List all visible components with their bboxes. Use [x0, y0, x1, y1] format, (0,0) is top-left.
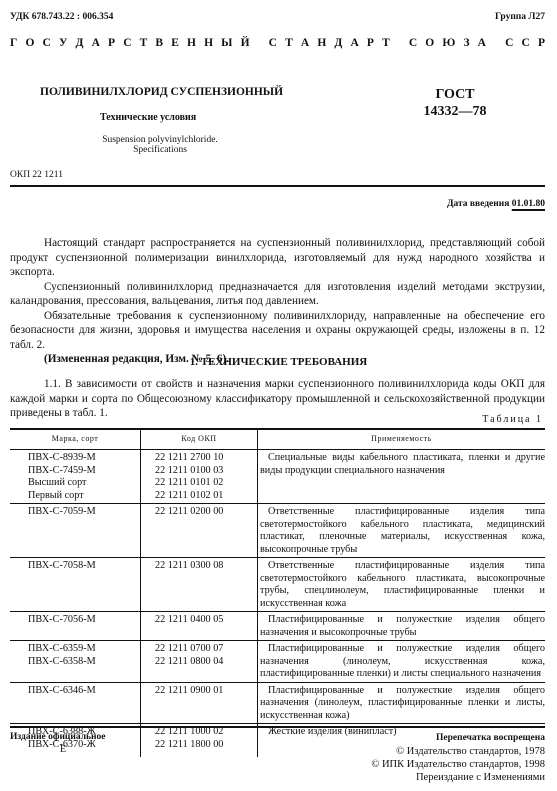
banner-letter: Й: [241, 37, 250, 49]
header-divider: [10, 185, 545, 187]
banner-letter: А: [301, 37, 309, 49]
grade-cell-line: ПВХ-С-7459-М: [28, 465, 140, 478]
grade-cell: ПВХ-С-7058-М: [10, 558, 141, 612]
banner-letter: Д: [76, 37, 84, 49]
banner-letter: Ы: [221, 37, 232, 49]
okp-code-cell-line: 22 1211 0900 01: [155, 685, 257, 698]
group-code: Группа Л27: [495, 12, 545, 22]
intro-paragraph: Настоящий стандарт распространяется на с…: [10, 236, 545, 280]
reissue-note: Переиздание с Изменениями: [371, 771, 545, 784]
banner-letter: А: [350, 37, 358, 49]
introduction-date-label: Дата введения: [447, 199, 509, 209]
section-paragraph: 1.1. В зависимости от свойств и назначен…: [10, 377, 545, 421]
table-caption: Таблица 1: [482, 414, 543, 425]
banner-letter: Т: [382, 37, 390, 49]
grade-cell: ПВХ-С-6346-М: [10, 682, 141, 724]
okp-code-cell-line: 22 1211 0400 05: [155, 614, 257, 627]
edition-mark: Е: [60, 744, 66, 755]
applicability-cell: Пластифицированные и полужесткие изделия…: [258, 682, 546, 724]
banner-letter: Н: [187, 37, 196, 49]
table-bottom-rule: [10, 726, 545, 728]
grade-cell-line: ПВХ-С-7058-М: [28, 560, 140, 573]
intro-paragraph: Обязательные требования к суспензионному…: [10, 309, 545, 353]
banner-letter: Г: [10, 37, 17, 49]
banner-letter: А: [92, 37, 100, 49]
grade-cell: ПВХ-С-7056-М: [10, 612, 141, 641]
intro-paragraph: Суспензионный поливинилхлорид предназнач…: [10, 280, 545, 309]
okp-code: ОКП 22 1211: [10, 170, 63, 180]
banner-letter: З: [463, 37, 469, 49]
grade-cell-line: Высший сорт: [28, 477, 140, 490]
copyright-1978: © Издательство стандартов, 1978: [371, 745, 545, 758]
introduction-date-value: 01.01.80: [512, 199, 545, 209]
applicability-cell: Пластифицированные и полужесткие изделия…: [258, 641, 546, 683]
banner-letter: Р: [367, 37, 374, 49]
okp-code-cell-line: 22 1211 0300 08: [155, 560, 257, 573]
table-row: ПВХ-С-7058-М22 1211 0300 08Ответственные…: [10, 558, 545, 612]
banner-letter: С: [269, 37, 277, 49]
banner-letter: Ю: [442, 37, 455, 49]
introduction-date: Дата введения 01.01.80: [447, 199, 545, 209]
banner-letter: Н: [317, 37, 326, 49]
banner-letter: С: [43, 37, 51, 49]
okp-code-cell-line: 22 1211 0101 02: [155, 477, 257, 490]
grade-cell: ПВХ-С-7059-М: [10, 504, 141, 558]
banner-letter: Т: [285, 37, 293, 49]
okp-code-cell-line: 22 1211 1800 00: [155, 739, 257, 752]
banner-letter: С: [123, 37, 131, 49]
gost-number: 14332—78: [405, 103, 505, 120]
banner-letter: С: [409, 37, 417, 49]
banner-letter: О: [425, 37, 434, 49]
banner-letter: [398, 37, 401, 49]
gost-label: ГОСТ: [405, 86, 505, 103]
applicability-cell: Специальные виды кабельного пластиката, …: [258, 450, 546, 504]
document-title: ПОЛИВИНИЛХЛОРИД СУСПЕНЗИОННЫЙ: [40, 86, 283, 98]
official-edition: Издание официальное: [10, 732, 106, 742]
udk-code: УДК 678.743.22 : 006.354: [10, 12, 113, 22]
table-row: ПВХ-С-7059-М22 1211 0200 00Ответственные…: [10, 504, 545, 558]
document-subtitle: Технические условия: [100, 112, 196, 123]
okp-code-cell: 22 1211 1000 0222 1211 1800 00: [141, 724, 258, 758]
okp-code-cell-line: 22 1211 0200 00: [155, 506, 257, 519]
grade-cell-line: ПВХ-С-7059-М: [28, 506, 140, 519]
banner-letter: [494, 37, 497, 49]
applicability-cell: Ответственные пластифицированные изделия…: [258, 504, 546, 558]
table-row: ПВХ-С-6346-М22 1211 0900 01Пластифициров…: [10, 682, 545, 724]
grade-cell: ПВХ-С-8939-МПВХ-С-7459-МВысший сортПервы…: [10, 450, 141, 504]
table-header-row: Марка, сорт Код ОКП Применяемость: [10, 429, 545, 450]
grade-cell-line: ПВХ-С-7056-М: [28, 614, 140, 627]
english-title-line1: Suspension polyvinylchloride.: [100, 135, 220, 145]
okp-code-cell: 22 1211 0200 00: [141, 504, 258, 558]
english-title-line2: Specifications: [100, 145, 220, 155]
banner-letter: [258, 37, 261, 49]
okp-code-cell-line: 22 1211 0700 07: [155, 643, 257, 656]
grade-cell-line: Первый сорт: [28, 490, 140, 503]
grade-cell: ПВХ-С-6359-МПВХ-С-6358-М: [10, 641, 141, 683]
banner-letter: Р: [108, 37, 115, 49]
publisher-info: Перепечатка воспрещена © Издательство ст…: [371, 732, 545, 784]
column-header-grade: Марка, сорт: [10, 429, 141, 450]
gost-number-block: ГОСТ 14332—78: [405, 86, 505, 120]
section-heading: 1. ТЕХНИЧЕСКИЕ ТРЕБОВАНИЯ: [0, 356, 557, 368]
banner-letter: Д: [334, 37, 342, 49]
banner-letter: О: [25, 37, 34, 49]
okp-code-cell: 22 1211 2700 1022 1211 0100 0322 1211 01…: [141, 450, 258, 504]
applicability-cell: Ответственные пластифицированные изделия…: [258, 558, 546, 612]
okp-code-cell-line: 22 1211 0800 04: [155, 656, 257, 669]
applicability-cell: Пластифицированные и полужесткие изделия…: [258, 612, 546, 641]
okp-code-cell-line: 22 1211 0102 01: [155, 490, 257, 503]
banner-letter: Т: [140, 37, 148, 49]
table-row: ПВХ-С-8939-МПВХ-С-7459-МВысший сортПервы…: [10, 450, 545, 504]
table-row: ПВХ-С-7056-М22 1211 0400 05Пластифициров…: [10, 612, 545, 641]
grade-cell-line: ПВХ-С-6358-М: [28, 656, 140, 669]
intro-text: Настоящий стандарт распространяется на с…: [10, 236, 545, 367]
banner-letter: Н: [204, 37, 213, 49]
copyright-1998: © ИПК Издательство стандартов, 1998: [371, 758, 545, 771]
banner-letter: С: [522, 37, 530, 49]
grade-cell-line: ПВХ-С-8939-М: [28, 452, 140, 465]
banner-letter: У: [59, 37, 67, 49]
column-header-okp-code: Код ОКП: [141, 429, 258, 450]
grade-cell-line: ПВХ-С-6359-М: [28, 643, 140, 656]
banner-letter: В: [155, 37, 163, 49]
table-row: ПВХ-С-6359-МПВХ-С-6358-М22 1211 0700 072…: [10, 641, 545, 683]
okp-codes-table: Марка, сорт Код ОКП Применяемость ПВХ-С-…: [10, 429, 545, 757]
state-standard-banner: ГОСУДАРСТВЕННЫЙ СТАНДАРТ СОЮЗА ССР: [10, 37, 545, 49]
okp-code-cell: 22 1211 0900 01: [141, 682, 258, 724]
grade-cell-line: ПВХ-С-6346-М: [28, 685, 140, 698]
banner-letter: Р: [538, 37, 545, 49]
banner-letter: А: [478, 37, 486, 49]
okp-code-cell: 22 1211 0700 0722 1211 0800 04: [141, 641, 258, 683]
okp-code-cell: 22 1211 0400 05: [141, 612, 258, 641]
section-text: 1.1. В зависимости от свойств и назначен…: [10, 377, 545, 421]
okp-code-cell-line: 22 1211 0100 03: [155, 465, 257, 478]
english-title: Suspension polyvinylchloride. Specificat…: [100, 135, 220, 155]
column-header-applicability: Применяемость: [258, 429, 546, 450]
okp-code-cell: 22 1211 0300 08: [141, 558, 258, 612]
banner-letter: Е: [171, 37, 179, 49]
okp-code-cell-line: 22 1211 2700 10: [155, 452, 257, 465]
banner-letter: С: [505, 37, 513, 49]
reprint-prohibited: Перепечатка воспрещена: [371, 732, 545, 745]
